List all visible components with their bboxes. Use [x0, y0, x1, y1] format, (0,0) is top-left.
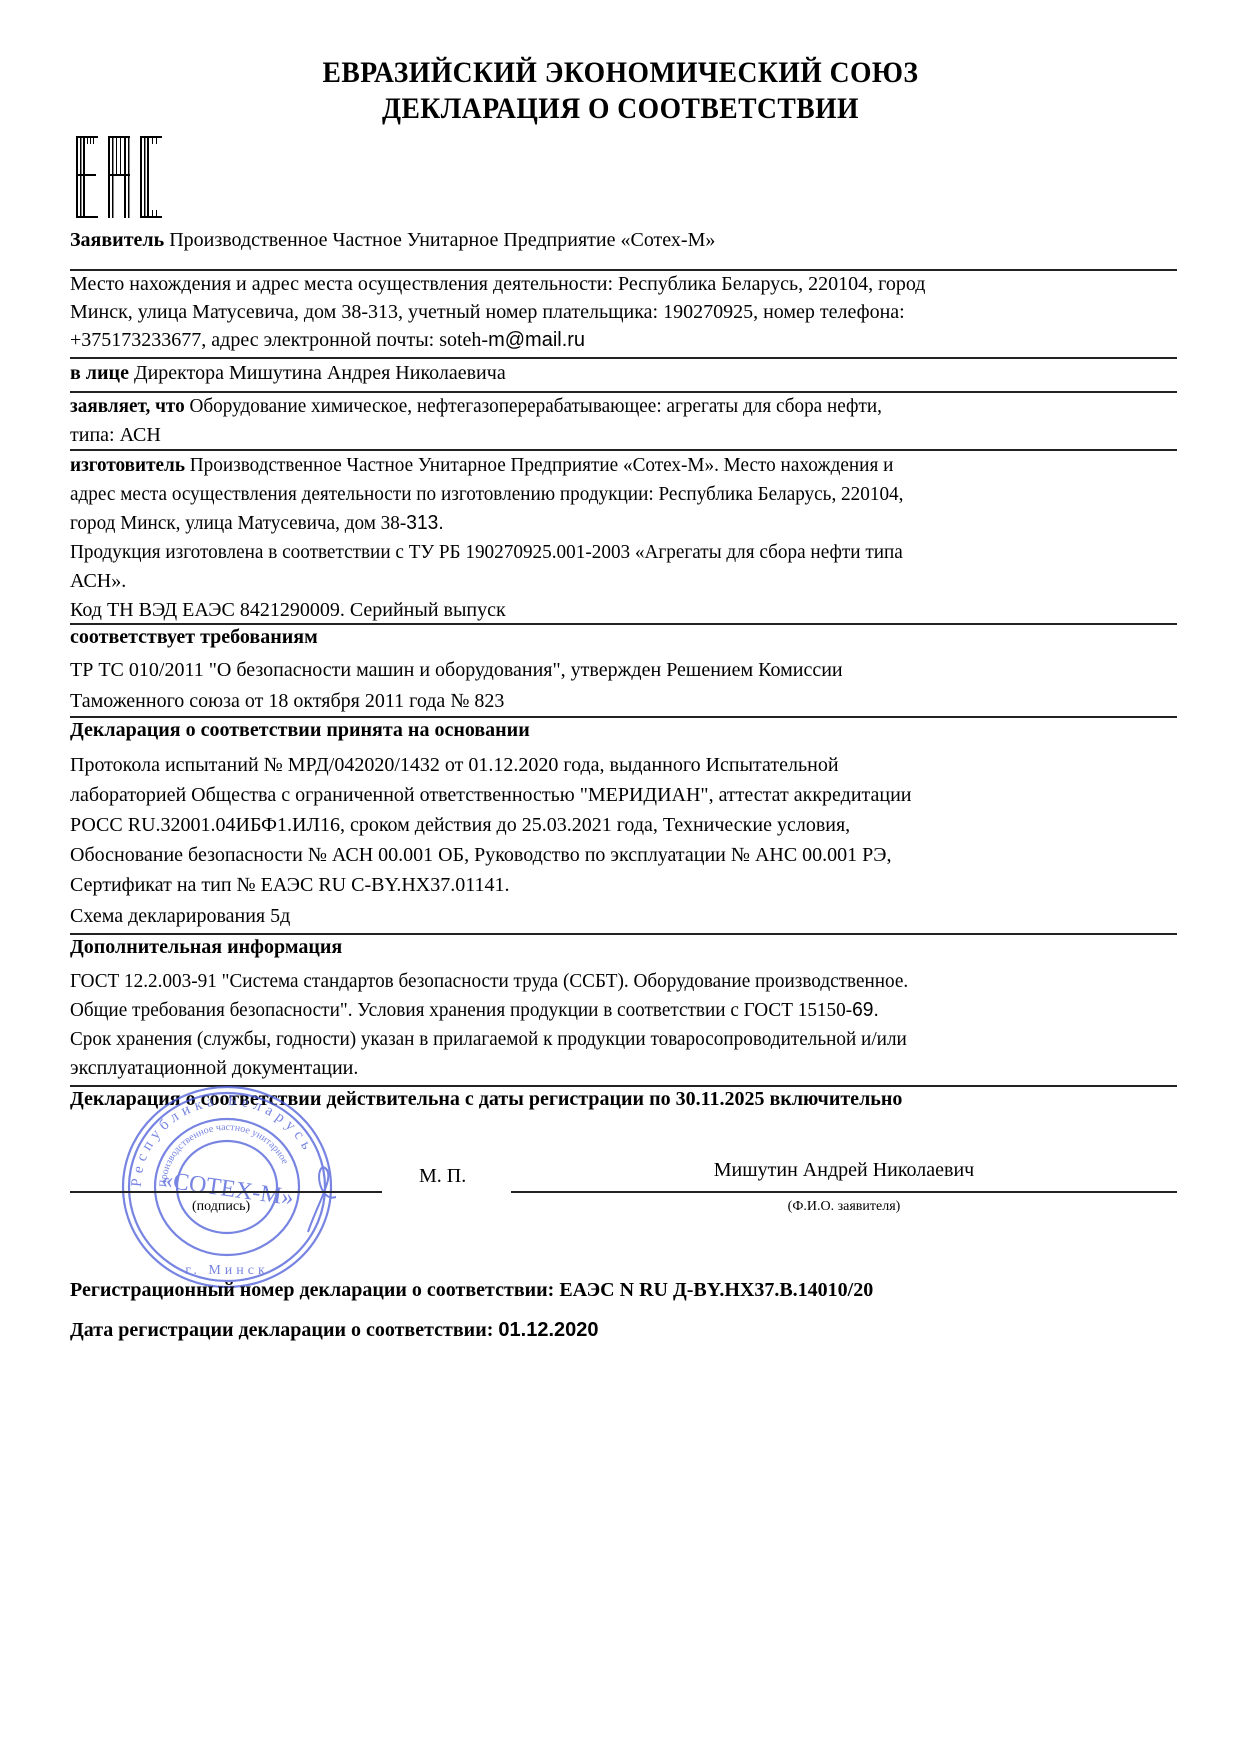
additional-line: ГОСТ 12.2.003-91 "Система стандартов без… — [70, 967, 1134, 996]
conformity-label: соответствует требованиям — [70, 623, 1178, 652]
represented-label: в лице — [70, 362, 129, 384]
email-tail: m@mail.ru — [488, 329, 585, 351]
additional-block: ГОСТ 12.2.003-91 "Система стандартов без… — [70, 967, 1178, 1083]
company-stamp-icon: Республика Беларусь Производственное час… — [118, 1082, 336, 1292]
hs-code-line: Код ТН ВЭД ЕАЭС 8421290009. Серийный вып… — [70, 596, 1178, 625]
seal-mark: М. П. — [419, 1162, 499, 1191]
applicant-row: Заявитель Производственное Частное Унита… — [70, 226, 1178, 255]
declares-row: заявляет, что Оборудование химическое, н… — [70, 392, 1178, 450]
manufacturer-line: адрес места осуществления деятельности п… — [70, 480, 1134, 509]
conformity-block: ТР ТС 010/2011 "О безопасности машин и о… — [70, 655, 1178, 717]
additional-line: Срок хранения (службы, годности) указан … — [70, 1025, 1134, 1054]
manufacturer-line: город Минск, улица Матусевича, дом 38-31… — [70, 509, 1134, 538]
address-line: Место нахождения и адрес места осуществл… — [70, 270, 1178, 298]
regulation-line: ТР ТС 010/2011 "О безопасности машин и о… — [70, 655, 1178, 686]
additional-line: Общие требования безопасности". Условия … — [70, 996, 1134, 1025]
applicant-value: Производственное Частное Унитарное Предп… — [164, 229, 715, 251]
registration-number-row: Регистрационный номер декларации о соотв… — [70, 1276, 1178, 1305]
additional-label: Дополнительная информация — [70, 933, 1178, 962]
basis-block: Протокола испытаний № МРД/042020/1432 от… — [70, 750, 1178, 900]
basis-line: РОСС RU.32001.04ИБФ1.ИЛ16, сроком действ… — [70, 810, 1178, 840]
product-line: АСН». — [70, 567, 1178, 596]
manufacturer-label: изготовитель — [70, 454, 185, 476]
additional-line: эксплуатационной документации. — [70, 1054, 1178, 1083]
manufacturer-block: изготовитель Производственное Частное Ун… — [70, 451, 1178, 625]
document-title: ДЕКЛАРАЦИЯ О СООТВЕТСТВИИ — [50, 92, 1192, 126]
basis-line: лабораторией Общества с ограниченной отв… — [70, 780, 1178, 810]
registration-number-label: Регистрационный номер декларации о соотв… — [70, 1279, 559, 1301]
address-line: +375173233677, адрес электронной почты: … — [70, 326, 1178, 354]
represented-row: в лице Директора Мишутина Андрея Николае… — [70, 359, 1178, 388]
basis-label: Декларация о соответствии принята на осн… — [70, 716, 1178, 745]
scheme-line: Схема декларирования 5д — [70, 902, 1178, 931]
declares-line2: типа: АСН — [70, 421, 1178, 450]
eac-mark-icon — [72, 134, 172, 220]
union-title: ЕВРАЗИЙСКИЙ ЭКОНОМИЧЕСКИЙ СОЮЗ — [50, 56, 1192, 90]
declares-label: заявляет, что — [70, 395, 185, 417]
registration-date-label: Дата регистрации декларации о соответств… — [70, 1319, 498, 1341]
regulation-line: Таможенного союза от 18 октября 2011 год… — [70, 686, 1178, 717]
applicant-address: Место нахождения и адрес места осуществл… — [70, 270, 1178, 354]
registration-number: ЕАЭС N RU Д-BY.НХ37.В.14010/20 — [559, 1279, 873, 1301]
registration-date: 01.12.2020 — [498, 1319, 598, 1341]
address-line: Минск, улица Матусевича, дом 38-313, уче… — [70, 298, 1178, 326]
signature-caption: (подпись) — [192, 1192, 272, 1221]
represented-value: Директора Мишутина Андрея Николаевича — [129, 362, 506, 384]
product-line: Продукция изготовлена в соответствии с Т… — [70, 538, 1134, 567]
basis-line: Обоснование безопасности № АСН 00.001 ОБ… — [70, 840, 1178, 870]
declares-value: Оборудование химическое, нефтегазоперера… — [185, 395, 882, 417]
signatory-name: Мишутин Андрей Николаевич — [511, 1156, 1177, 1185]
signatory-caption: (Ф.И.О. заявителя) — [511, 1192, 1177, 1221]
basis-line: Протокола испытаний № МРД/042020/1432 от… — [70, 750, 1178, 780]
basis-line: Сертификат на тип № ЕАЭС RU С-BY.НХ37.01… — [70, 870, 1178, 900]
registration-date-row: Дата регистрации декларации о соответств… — [70, 1316, 1178, 1345]
applicant-label: Заявитель — [70, 229, 164, 251]
